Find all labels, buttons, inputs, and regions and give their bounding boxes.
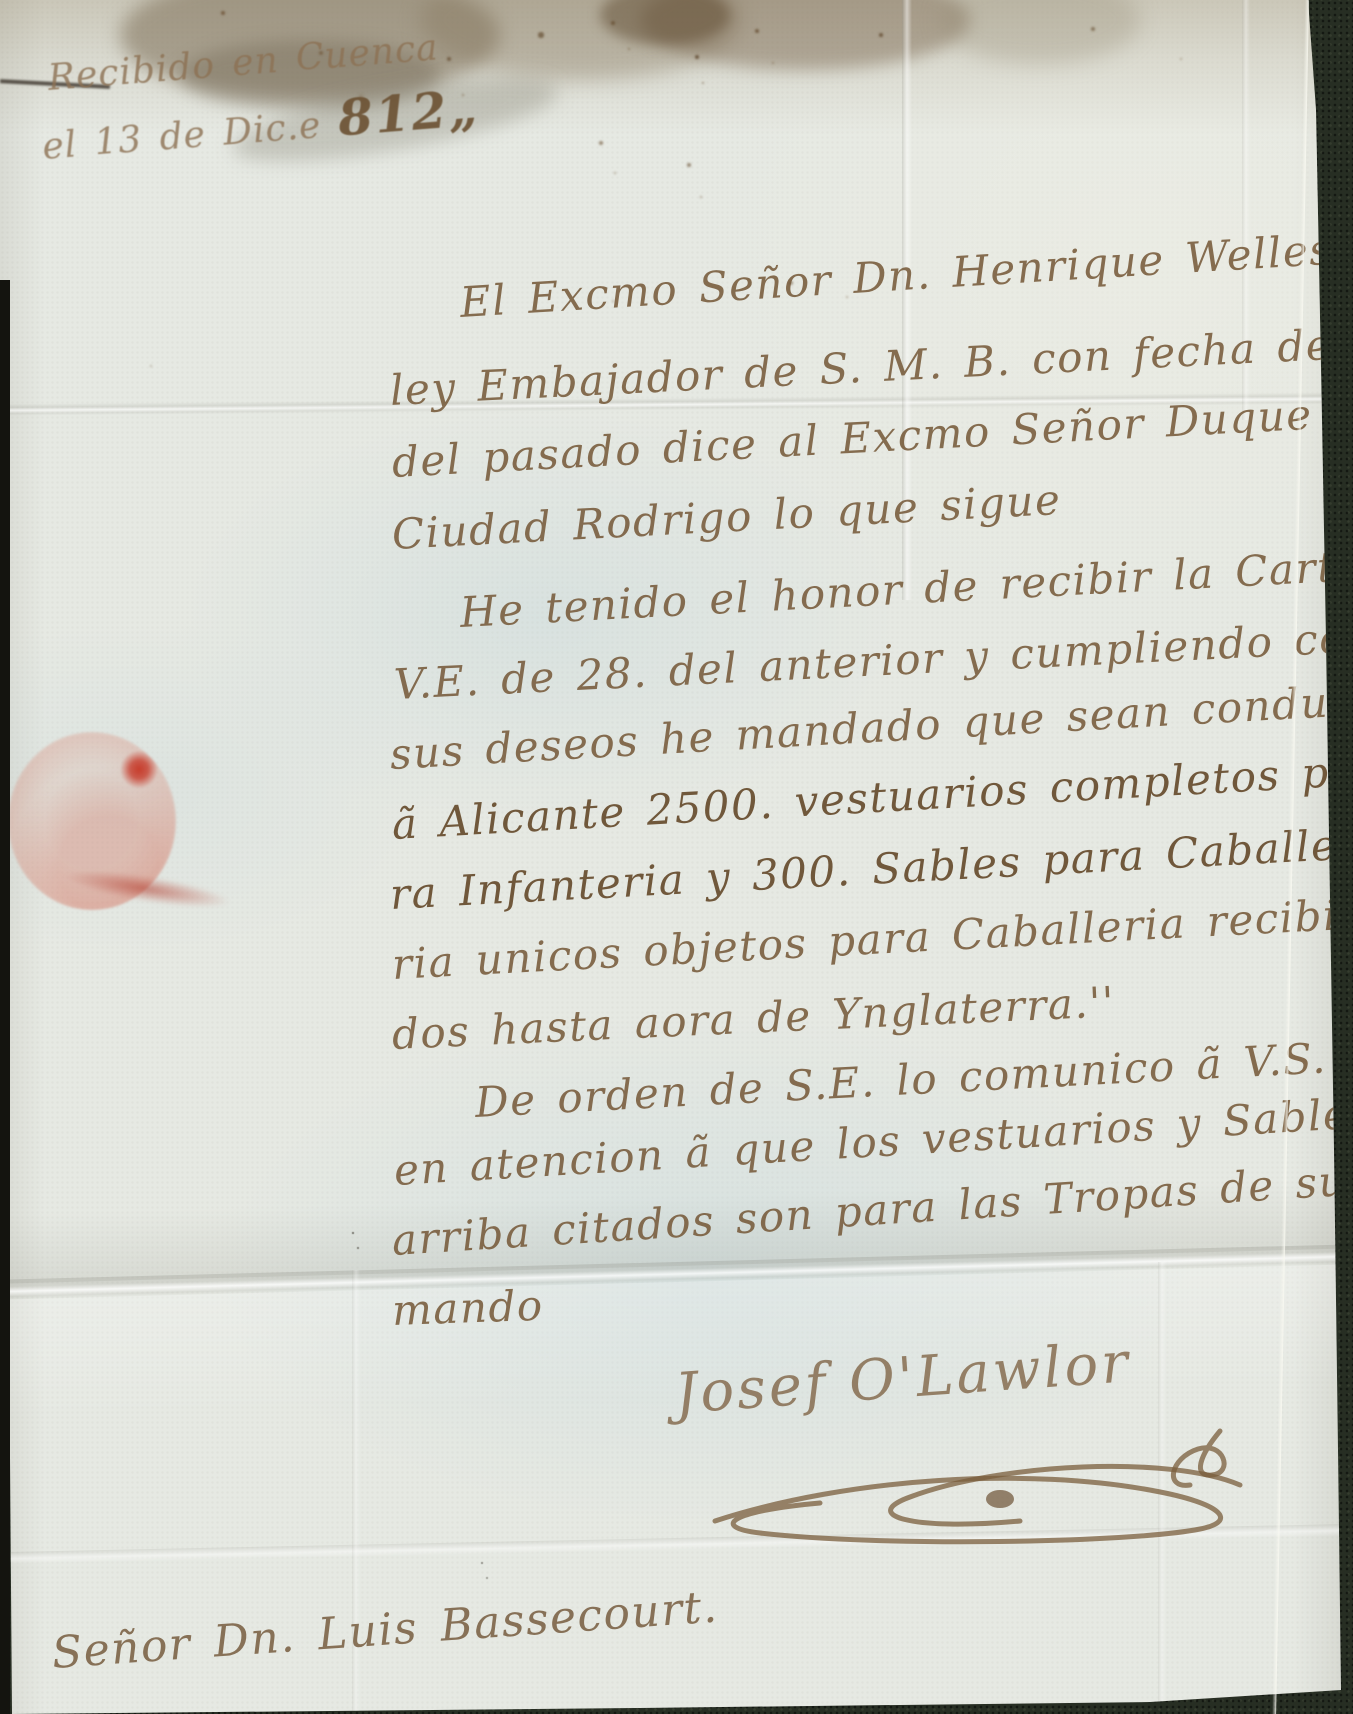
scan-edge-strip [0, 280, 10, 1714]
scan-background: Recibido en Cuenca el 13 de Dic.e 812„ E… [0, 0, 1353, 1714]
received-note-year: 812„ [336, 78, 481, 148]
signature-rubric [700, 1425, 1260, 1560]
paper-stain [940, 0, 1140, 65]
ink-specks [0, 0, 2, 2]
letter-line: Ciudad Rodrigo lo que sigue [391, 475, 1063, 559]
addressee-line: Señor Dn. Luis Bassecourt. [50, 1581, 720, 1678]
letter-line: mando [391, 1281, 544, 1335]
letter-line: dos hasta aora de Ynglaterra.'' [391, 977, 1116, 1059]
letter-paper: Recibido en Cuenca el 13 de Dic.e 812„ E… [0, 0, 1353, 1714]
